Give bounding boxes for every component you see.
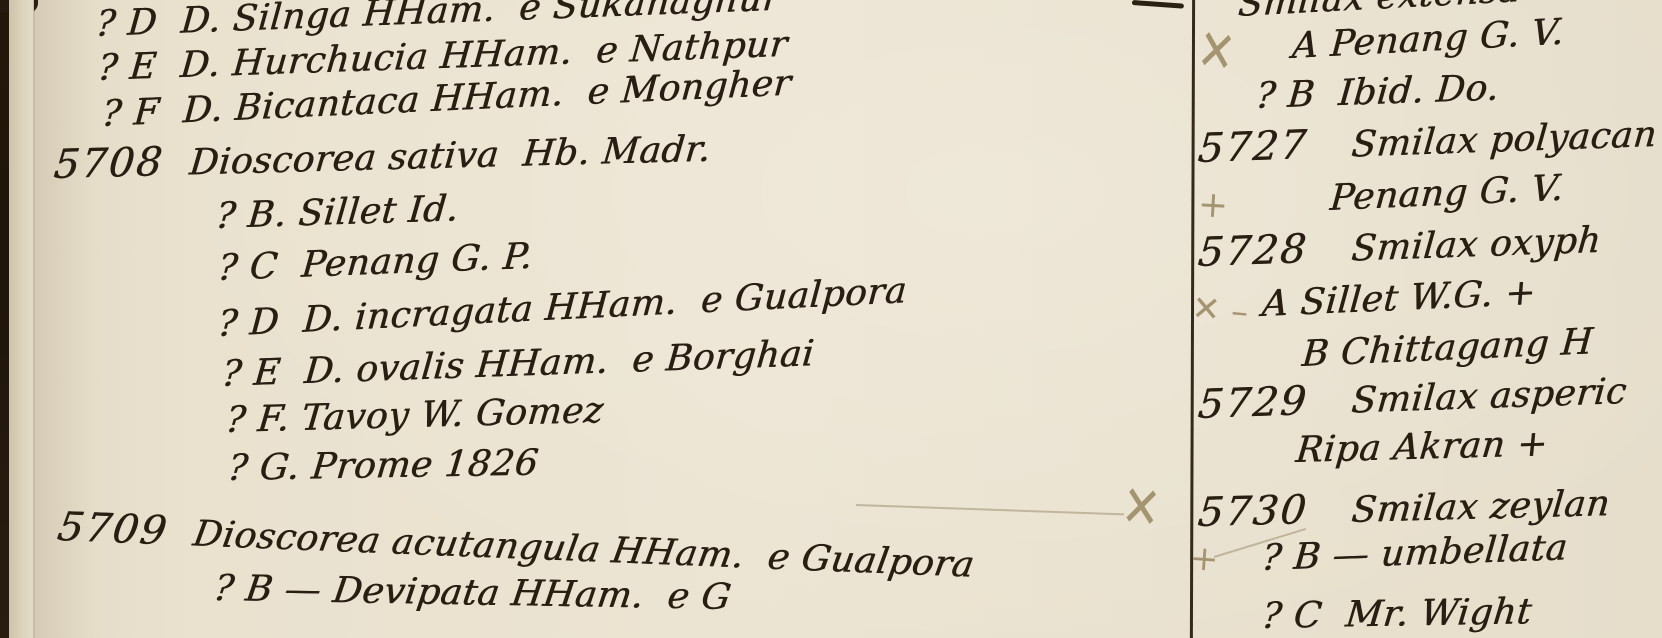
- line-text: ? C Penang G. P.: [216, 236, 534, 289]
- catalog-line: A Penang G. V.: [1291, 14, 1565, 66]
- species-text: Smilax oxyph: [1350, 220, 1603, 270]
- entry-number: 5709: [54, 504, 171, 554]
- pencil-strike-line: [856, 504, 1124, 515]
- catalog-line: ? G. Prome 1826: [226, 445, 540, 488]
- pencil-plus-mark: +: [1197, 184, 1229, 227]
- line-text: ? B — umbellata: [1260, 527, 1569, 579]
- entry-number: 5727: [1196, 122, 1310, 172]
- catalog-line: Ripa Akran +: [1294, 425, 1549, 469]
- catalog-entry-line: 5730Smilax zeylan: [1196, 481, 1612, 534]
- catalog-line: ? B. Sillet Id.: [214, 190, 460, 236]
- catalog-line: ? C Mr. Wight: [1260, 593, 1534, 636]
- catalog-line: B Chittagang H: [1301, 323, 1595, 374]
- catalog-line: ? C Penang G. P.: [216, 238, 534, 288]
- catalog-line: ? B — umbellata: [1260, 529, 1569, 578]
- line-text: ? F. Tavoy W. Gomez: [224, 390, 605, 441]
- entry-number: 5728: [1196, 226, 1310, 276]
- pencil-x-dash-mark: ✕ –: [1190, 288, 1250, 333]
- line-text: Ripa Akran +: [1294, 423, 1550, 471]
- line-text: ? B — Devipata HHam. e G: [211, 568, 733, 618]
- catalog-entry-line: 5728Smilax oxyph: [1196, 218, 1603, 274]
- catalog-line: ? F. Tavoy W. Gomez: [224, 392, 605, 440]
- manuscript-scan: ? D D. Silnga HHam. e Sukanaghur ? E D. …: [0, 0, 1662, 638]
- line-text: ? G. Prome 1826: [226, 443, 540, 489]
- pencil-x-mark: ✕: [1193, 17, 1239, 88]
- book-gutter-dark-edge: [0, 0, 9, 638]
- line-text: ? B. Sillet Id.: [214, 188, 460, 237]
- catalog-entry-line: 5729Smilax asperic: [1196, 369, 1628, 426]
- pencil-plus-mark: +: [1189, 538, 1220, 580]
- catalog-line: ? B Ibid. Do.: [1254, 69, 1500, 115]
- species-text: Smilax asperic: [1350, 371, 1629, 422]
- line-text: ? B Ibid. Do.: [1254, 67, 1501, 117]
- pencil-x-mark: ✕: [1118, 471, 1163, 542]
- catalog-line: A Sillet W.G. +: [1261, 274, 1538, 324]
- species-text: Smilax zeylan: [1350, 483, 1612, 531]
- entry-number: 5708: [52, 139, 166, 188]
- species-text: Dioscorea sativa Hb. Madr.: [188, 129, 713, 184]
- catalog-line: Penang G. V.: [1329, 170, 1566, 218]
- line-text: Penang G. V.: [1328, 168, 1565, 219]
- entry-number: 5729: [1196, 378, 1310, 428]
- catalog-entry-line: 5727Smilax polyacan: [1196, 112, 1659, 170]
- line-text: A Sillet W.G. +: [1260, 272, 1537, 325]
- cutoff-ink-stroke: [1132, 0, 1184, 9]
- catalog-line: ? B — Devipata HHam. e G: [211, 570, 733, 617]
- catalog-entry-line: 5708Dioscorea sativa Hb. Madr.: [52, 127, 713, 186]
- catalog-line: ? E D. ovalis HHam. e Borghai: [220, 335, 815, 394]
- line-text: ? C Mr. Wight: [1260, 591, 1534, 637]
- entry-number: 5730: [1196, 487, 1310, 536]
- line-text: B Chittagang H: [1300, 321, 1594, 375]
- species-text: Smilax polyacan: [1350, 114, 1659, 166]
- line-text: ? E D. ovalis HHam. e Borghai: [220, 333, 816, 395]
- page-edge-strip: [9, 0, 34, 638]
